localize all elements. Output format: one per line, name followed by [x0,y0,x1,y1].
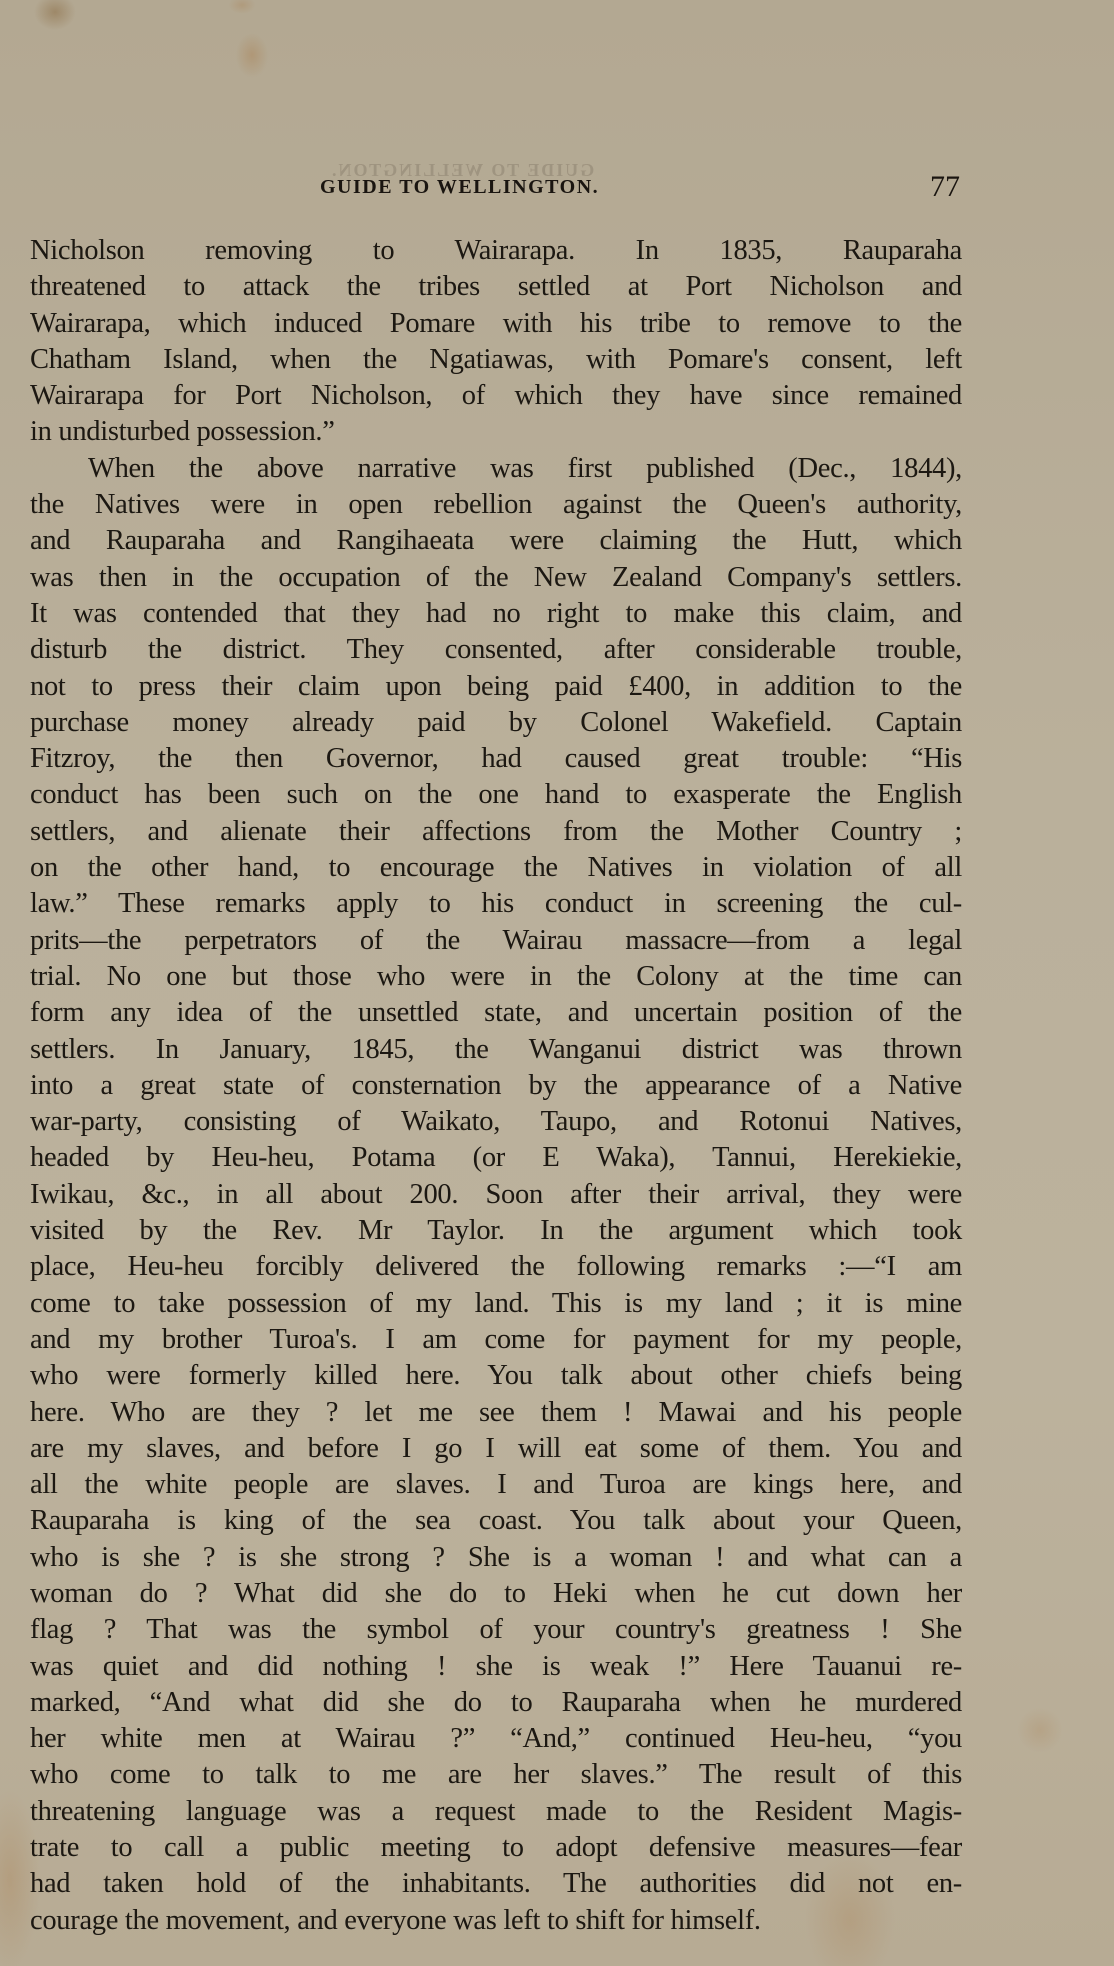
text-line: in undisturbed possession.” [30,414,962,450]
page-number: 77 [930,170,960,204]
text-line: Wairarapa for Port Nicholson, of which t… [30,378,962,414]
text-line: Wairarapa, which induced Pomare with his… [30,306,962,342]
text-line: When the above narrative was first publi… [30,451,962,487]
text-line: Fitzroy, the then Governor, had caused g… [30,741,962,777]
text-line: had taken hold of the inhabitants. The a… [30,1866,962,1902]
text-line: come to take possession of my land. This… [30,1286,962,1322]
text-line: was then in the occupation of the New Ze… [30,560,962,596]
text-line: law.” These remarks apply to his conduct… [30,886,962,922]
text-line: settlers. In January, 1845, the Wanganui… [30,1032,962,1068]
text-line: headed by Heu-heu, Potama (or E Waka), T… [30,1140,962,1176]
text-line: purchase money already paid by Colonel W… [30,705,962,741]
text-line: disturb the district. They consented, af… [30,632,962,668]
text-line: trate to call a public meeting to adopt … [30,1830,962,1866]
paragraph-1: Nicholson removing to Wairarapa. In 1835… [30,233,962,451]
text-line: and my brother Turoa's. I am come for pa… [30,1322,962,1358]
text-line: Nicholson removing to Wairarapa. In 1835… [30,233,962,269]
text-line: prits—the perpetrators of the Wairau mas… [30,923,962,959]
text-line: was quiet and did nothing ! she is weak … [30,1649,962,1685]
text-line: Rauparaha is king of the sea coast. You … [30,1503,962,1539]
text-line: Iwikau, &c., in all about 200. Soon afte… [30,1177,962,1213]
text-line: conduct has been such on the one hand to… [30,777,962,813]
text-line: place, Heu-heu forcibly delivered the fo… [30,1249,962,1285]
text-line: flag ? That was the symbol of your count… [30,1612,962,1648]
text-line: settlers, and alienate their affections … [30,814,962,850]
text-line: threatening language was a request made … [30,1794,962,1830]
text-line: war-party, consisting of Waikato, Taupo,… [30,1104,962,1140]
text-line: It was contended that they had no right … [30,596,962,632]
text-line: form any idea of the unsettled state, an… [30,995,962,1031]
text-line: not to press their claim upon being paid… [30,669,962,705]
text-line: courage the movement, and everyone was l… [30,1903,962,1939]
text-line: who come to talk to me are her slaves.” … [30,1757,962,1793]
page-header: GUIDE TO WELLINGTON. 77 [320,176,960,206]
text-line: marked, “And what did she do to Rauparah… [30,1685,962,1721]
text-line: threatened to attack the tribes settled … [30,269,962,305]
text-line: her white men at Wairau ?” “And,” contin… [30,1721,962,1757]
body-text: Nicholson removing to Wairarapa. In 1835… [30,233,962,1939]
book-page: GUIDE TO WELLINGTON. GUIDE TO WELLINGTON… [0,0,1114,1966]
text-line: here. Who are they ? let me see them ! M… [30,1395,962,1431]
text-line: Chatham Island, when the Ngatiawas, with… [30,342,962,378]
text-line: all the white people are slaves. I and T… [30,1467,962,1503]
text-line: into a great state of consternation by t… [30,1068,962,1104]
text-line: who were formerly killed here. You talk … [30,1358,962,1394]
text-line: on the other hand, to encourage the Nati… [30,850,962,886]
text-line: visited by the Rev. Mr Taylor. In the ar… [30,1213,962,1249]
text-line: are my slaves, and before I go I will ea… [30,1431,962,1467]
text-line: and Rauparaha and Rangihaeata were claim… [30,523,962,559]
running-head: GUIDE TO WELLINGTON. [320,176,599,199]
text-line: the Natives were in open rebellion again… [30,487,962,523]
text-line: woman do ? What did she do to Heki when … [30,1576,962,1612]
text-line: who is she ? is she strong ? She is a wo… [30,1540,962,1576]
paragraph-2: When the above narrative was first publi… [30,451,962,1939]
text-line: trial. No one but those who were in the … [30,959,962,995]
